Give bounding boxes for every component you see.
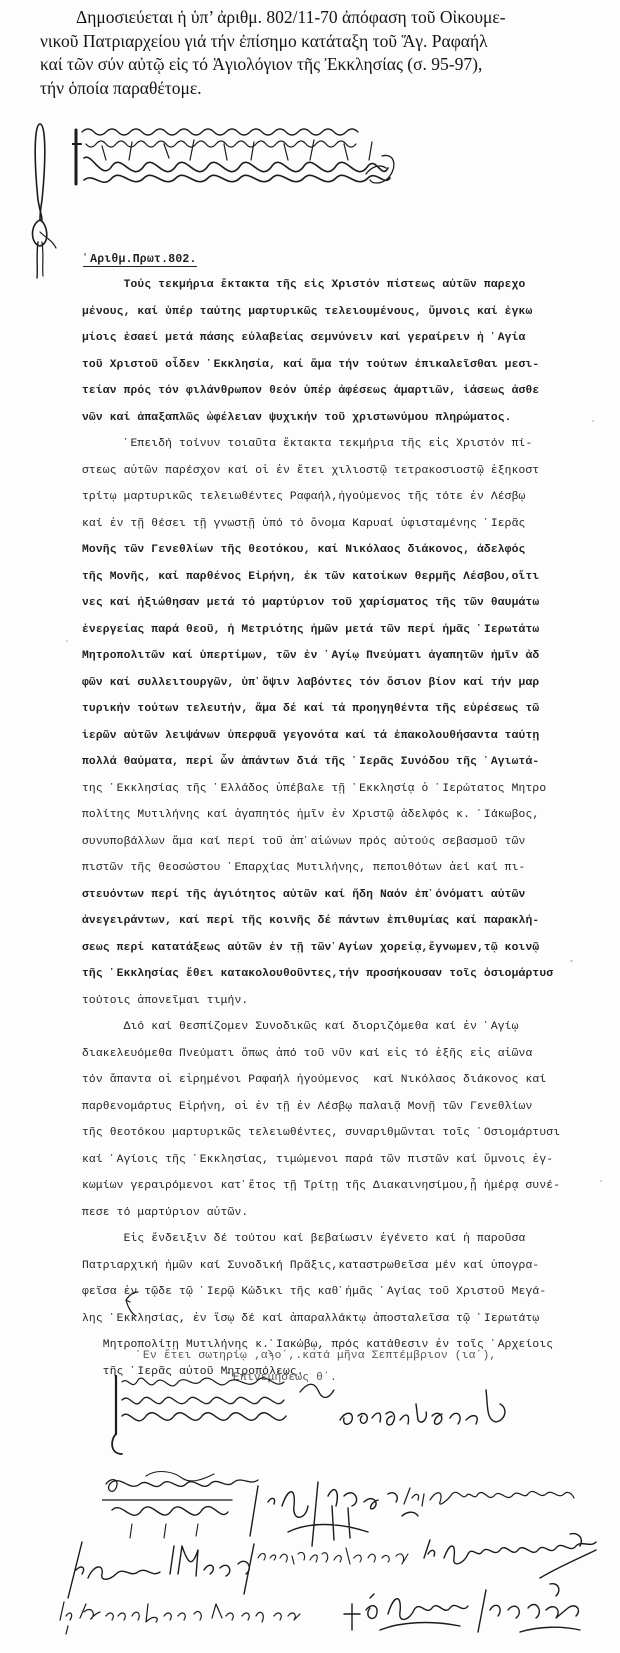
decision-text-line: Εἰς ἔνδειξιν δέ τούτου καί βεβαίωσιν ἐγέ… [82,1226,582,1253]
scan-speck [66,640,68,642]
monokondylia-flourish [362,150,402,190]
decision-text-line: καί ῾Αγίοις τῆς ᾽Εκκλησίας, τιμώμενοι πα… [82,1147,582,1174]
decision-text-line: κωμίων γεραιρόμενοι κατ᾽ἔτος τῇ Τρίτῃ τῆ… [82,1173,582,1200]
patriarch-monokondylia-signature [72,122,402,192]
decision-text-line: μένους, καί ὑπέρ ταύτης μαρτυρικῶς τελει… [82,299,582,326]
scan-speck [600,1180,602,1182]
signature-krinis [340,1580,590,1650]
decision-text-line: νῶν καί ἀπαξαπλῶς ὠφέλειαν ψυχικήν τοῦ χ… [82,405,582,432]
decision-text-line: Διό καί θεσπίζομεν Συνοδικῶς καί διοριζό… [82,1014,582,1041]
decision-body-text: Τούς τεκμήρια ἔκτακτα τῆς εἰς Χριστόν πί… [82,272,582,1385]
decision-text-line: συνυποβάλλων ἅμα καί περί τοῦ ἀπ᾽αἰώνων … [82,829,582,856]
decision-text-line: ἀνεγειράντων, καί περί τῆς κοινῆς δέ πάν… [82,908,582,935]
signature-patriarch: † Ὁ Κωνσταντινουπόλεως Ἀθηναγόρας (μονοκ… [108,1374,338,1464]
decision-text-line: καί ἐν τῇ θέσει τῇ γνωστῇ ὑπό τό ὄνομα Κ… [82,511,582,538]
decision-text-line: Πατριαρχική ἡμῶν καί Συνοδική Πρᾶξις,κατ… [82,1253,582,1280]
intro-paragraph: Δημοσιεύεται ἡ ὑπ’ ἀριθμ. 802/11-70 ἀπόφ… [40,6,600,100]
date-flourish-icon [124,1290,142,1320]
decision-text-line: ἐνεργείας παρά θεοῦ, ἡ Μετριότης ἡμῶν με… [82,617,582,644]
decision-text-line: τείαν πρός τόν φιλάνθρωπον θεόν ὑπέρ ἀφέ… [82,378,582,405]
decision-text-line: τῆς Μονῆς, καί παρθένος Εἰρήνη, ἐκ τῶν κ… [82,564,582,591]
signature-sardeon [58,1534,278,1604]
decision-text-line: τῆς θεοτόκου μαρτυρικῶς τελειωθέντες, συ… [82,1120,582,1147]
decision-text-line: στευόντων περί τῆς ἁγιότητος αὐτῶν καί ἤ… [82,882,582,909]
decision-text-line: Τούς τεκμήρια ἔκτακτα τῆς εἰς Χριστόν πί… [82,272,582,299]
decision-text-line: σεως περί κατατάξεως αὐτῶν ἐν τῇ τῶν῾Αγί… [82,935,582,962]
decision-text-line: τούτοις ἀπονεῖμαι τιμήν. [82,988,582,1015]
decision-text-line: της ᾽Εκκλησίας τῆς ῾Ελλάδος ὑπέβαλε τῇ ᾽… [82,776,582,803]
decision-text-line: στεως αὐτῶν παρέσχον καί οἱ ἐν ἔτει χιλι… [82,458,582,485]
decision-text-line: παρθενομάρτυς Εἰρήνη, οἱ ἐν τῇ ἐν Λέσβῳ … [82,1094,582,1121]
decision-text-line: τοῦ Χριστοῦ οἶδεν ᾽Εκκλησία, καί ἅμα τήν… [82,352,582,379]
decision-text-line: τῆς ᾽Εκκλησίας ἔθει κατακολουθοῦντες,τήν… [82,961,582,988]
intro-line: Δημοσιεύεται ἡ ὑπ’ ἀριθμ. 802/11-70 ἀπόφ… [76,7,506,27]
decision-text-line: διακελευόμεθα Πνεύματι ὅπως ἀπό τοῦ νῦν … [82,1041,582,1068]
seal-cord-icon [28,120,68,280]
decision-text-line: πιστῶν τῆς θεοσώστου ᾽Επαρχίας Μυτιλήνης… [82,855,582,882]
signature-rodopoleos [256,1540,416,1570]
decision-text-line: Μητροπολιτῶν καί ὑπερτίμων, τῶν ἐν ῾Αγίῳ… [82,643,582,670]
decision-text-line: Μονῆς τῶν Γενεθλίων τῆς θεοτόκου, καί Νι… [82,537,582,564]
decision-text-line: τόν ἅπαντα οἱ εἰρημένοι Ραφαήλ ἡγούμενος… [82,1067,582,1094]
decision-text-line: πολλά θαύματα, περί ὧν ἁπάντων διά τῆς ῾… [82,749,582,776]
decision-text-line: τρίτῳ μαρτυρικῶς τελειωθέντες Ραφαήλ,ἡγο… [82,484,582,511]
decision-text-line: φῶν καί συλλειτουργῶν, ὑπ᾽ὄψιν λαβόντες … [82,670,582,697]
intro-line: νικοῦ Πατριαρχείου γιά τήν ἐπίσημο κατάτ… [40,31,488,51]
intro-line: τήν ὁποία παραθέτομε. [40,78,202,98]
protocol-number: ᾽Αριθμ.Πρωτ.802. [83,253,197,267]
signature-imvrou-tenedou [56,1596,326,1636]
decision-text-line: πεσε τό μαρτύριον αὐτῶν. [82,1200,582,1227]
decision-text-line: μίοις ἐσαεί μετά πάσης εὐλαβείας σεμνύνε… [82,325,582,352]
signature-neokaisareias [400,1480,580,1510]
signature-myreon [420,1528,600,1588]
decision-text-line: ᾽Επειδή τοίνυν τοιαῦτα ἔκτακτα τεκμήρια … [82,431,582,458]
scan-speck [592,420,594,422]
decision-text-line: ἱερῶν αὐτῶν λειψάνων ὑπερφυᾶ γεγονότα κα… [82,723,582,750]
decision-text-line: τυρικήν τούτων τελευτήν, ἅμα δέ καί τά π… [82,696,582,723]
scanned-document-page: Δημοσιεύεται ἡ ὑπ’ ἀριθμ. 802/11-70 ἀπόφ… [0,0,620,1653]
decision-text-line: πολίτης Μυτιλήνης καί ἀγαπητός ἡμῖν ἐν Χ… [82,802,582,829]
signature-patriarch-name [336,1386,526,1436]
signature-stratiotikos [102,1470,262,1540]
decision-text-line: νες καί ἠξιώθησαν μετά τό μαρτύριον τοῦ … [82,590,582,617]
scan-speck [570,960,573,962]
intro-line: καί τῶν σύν αὐτῷ εἰς τό Ἁγιολόγιον τῆς Ἐ… [40,54,482,74]
